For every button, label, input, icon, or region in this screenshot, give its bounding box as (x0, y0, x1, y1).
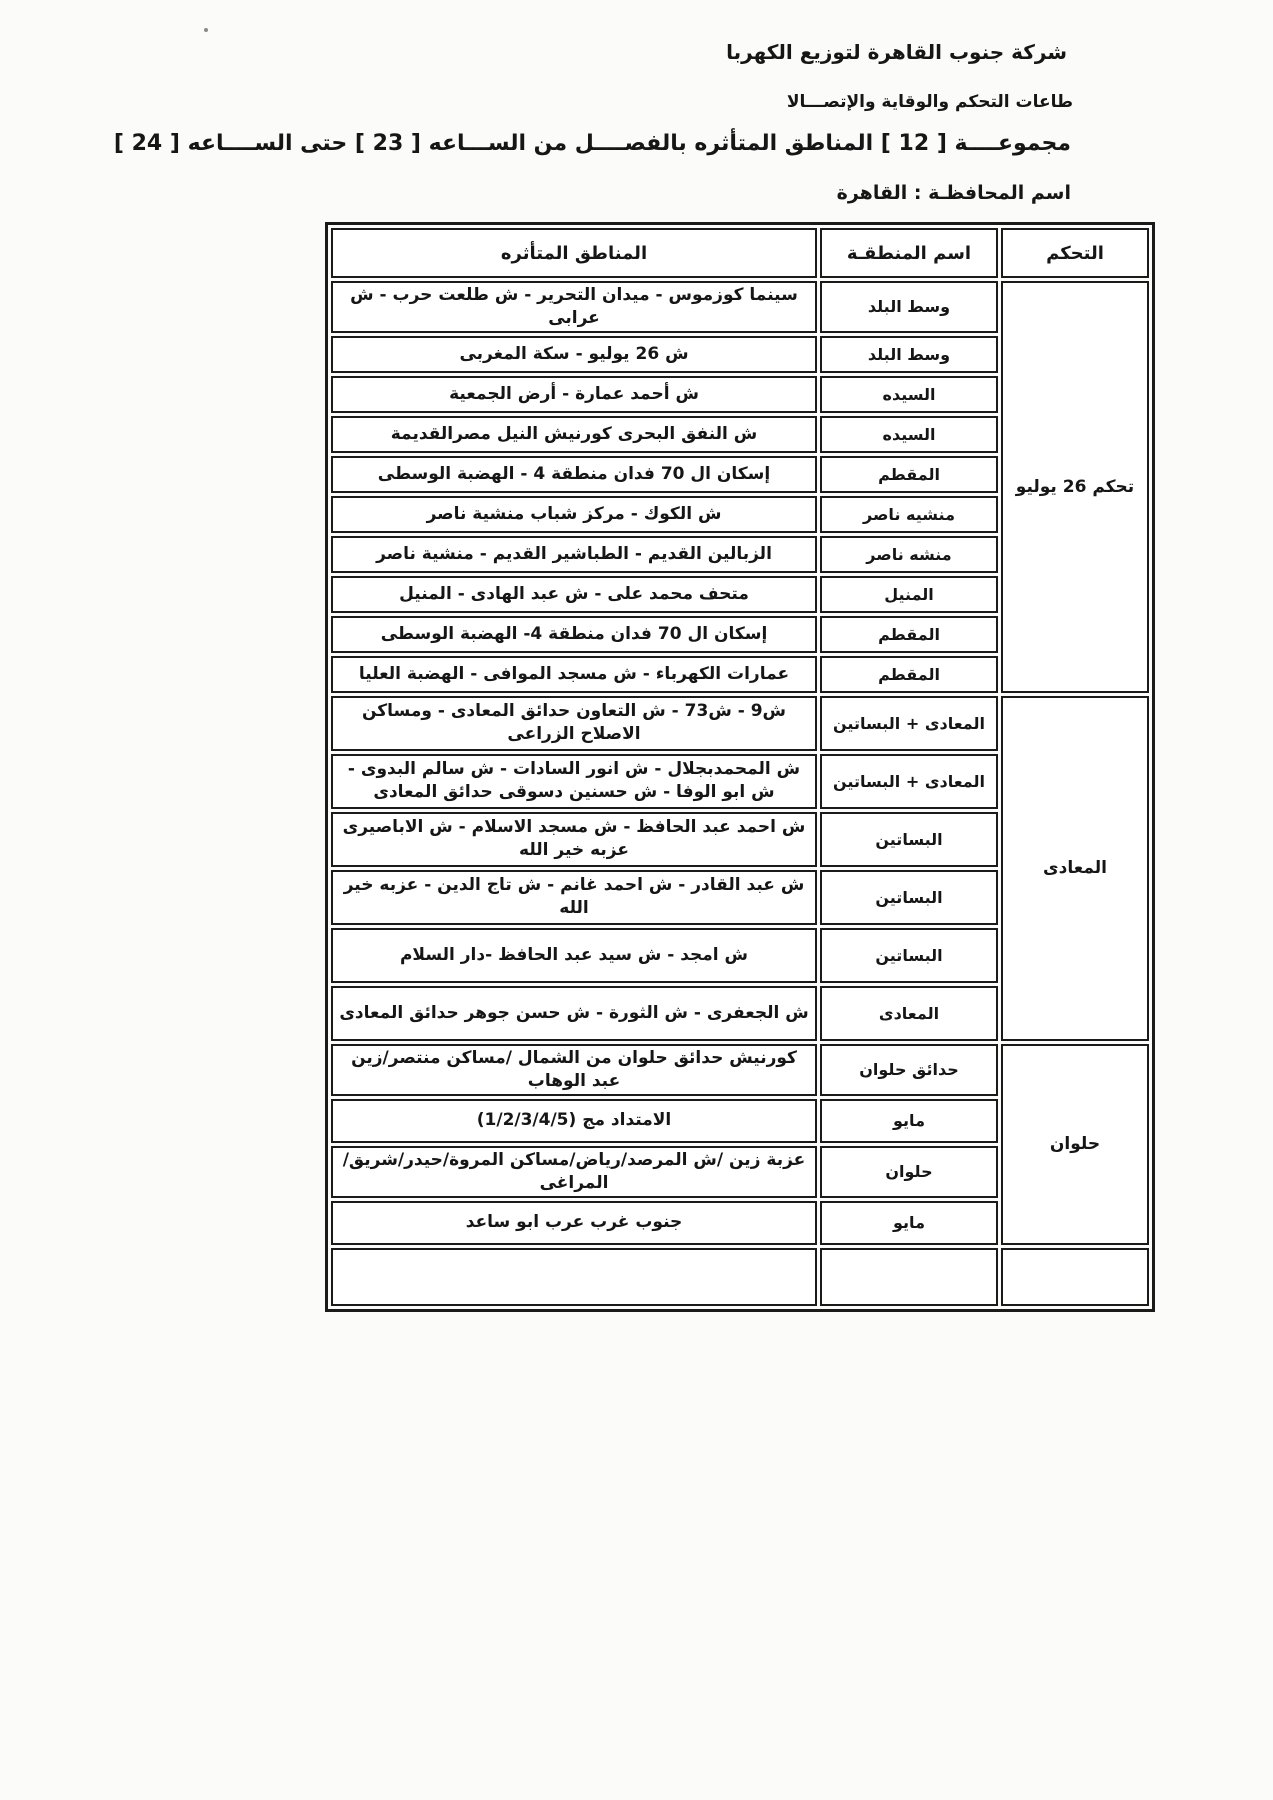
area-cell: حدائق حلوان (820, 1044, 998, 1096)
area-cell: المعادى (820, 986, 998, 1041)
affected-cell: عزبة زين /ش المرصد/رياض/مساكن المروة/حيد… (331, 1146, 817, 1198)
header-cell-affected-areas: المناطق المتأثره (331, 228, 817, 278)
area-cell: المعادى + البساتين (820, 696, 998, 751)
affected-cell: ش 26 يوليو - سكة المغربى (331, 336, 817, 373)
empty-area-cell (820, 1248, 998, 1306)
area-cell: مايو (820, 1099, 998, 1143)
area-cell: وسط البلد (820, 281, 998, 333)
department-name: طاعات التحكم والوقاية والإتصـــالا (787, 92, 1073, 112)
area-cell: منشيه ناصر (820, 496, 998, 533)
affected-cell: ش عبد القادر - ش احمد غانم - ش تاج الدين… (331, 870, 817, 925)
affected-cell: ش الجعفرى - ش الثورة - ش حسن جوهر حدائق … (331, 986, 817, 1041)
affected-cell: ش امجد - ش سيد عبد الحافظ -دار السلام (331, 928, 817, 983)
document-title: مجموعــــة [ 12 ] المناطق المتأثره بالفص… (114, 131, 1071, 156)
scanned-document-page: شركة جنوب القاهرة لتوزيع الكهربا طاعات ا… (0, 0, 1273, 1800)
company-name: شركة جنوب القاهرة لتوزيع الكهربا (726, 40, 1067, 64)
area-cell: المقطم (820, 456, 998, 493)
table-row: المعادى المعادى + البساتين ش9 - ش73 - ش … (331, 696, 1149, 751)
area-cell: منشه ناصر (820, 536, 998, 573)
header-cell-area-name: اسم المنطقـة (820, 228, 998, 278)
table-row: حلوان حدائق حلوان كورنيش حدائق حلوان من … (331, 1044, 1149, 1096)
area-cell: البساتين (820, 812, 998, 867)
affected-cell: ش النفق البحرى كورنيش النيل مصرالقديمة (331, 416, 817, 453)
area-cell: حلوان (820, 1146, 998, 1198)
area-cell: السيده (820, 416, 998, 453)
affected-cell: ش احمد عبد الحافظ - ش مسجد الاسلام - ش ا… (331, 812, 817, 867)
area-cell: البساتين (820, 928, 998, 983)
affected-cell: كورنيش حدائق حلوان من الشمال /مساكن منتص… (331, 1044, 817, 1096)
control-group-cell: تحكم 26 يوليو (1001, 281, 1149, 693)
affected-cell: ش9 - ش73 - ش التعاون حدائق المعادى - ومس… (331, 696, 817, 751)
affected-cell: جنوب غرب عرب ابو ساعد (331, 1201, 817, 1245)
control-group-cell: حلوان (1001, 1044, 1149, 1245)
affected-cell: عمارات الكهرباء - ش مسجد الموافى - الهضب… (331, 656, 817, 693)
affected-cell: ش أحمد عمارة - أرض الجمعية (331, 376, 817, 413)
table-header-row: التحكم اسم المنطقـة المناطق المتأثره (331, 228, 1149, 278)
table-row: تحكم 26 يوليو وسط البلد سينما كوزموس - م… (331, 281, 1149, 333)
affected-cell: الامتداد مج (1/2/3/4/5) (331, 1099, 817, 1143)
affected-cell: الزبالين القديم - الطباشير القديم - منشي… (331, 536, 817, 573)
area-cell: البساتين (820, 870, 998, 925)
affected-cell: متحف محمد على - ش عبد الهادى - المنيل (331, 576, 817, 613)
affected-areas-table: التحكم اسم المنطقـة المناطق المتأثره تحك… (325, 222, 1155, 1312)
affected-cell: ش الكوك - مركز شباب منشية ناصر (331, 496, 817, 533)
governorate-label: اسم المحافظـة : القاهرة (837, 182, 1071, 204)
area-cell: المنيل (820, 576, 998, 613)
area-cell: المقطم (820, 656, 998, 693)
control-group-cell: المعادى (1001, 696, 1149, 1041)
affected-cell: سينما كوزموس - ميدان التحرير - ش طلعت حر… (331, 281, 817, 333)
area-cell: السيده (820, 376, 998, 413)
area-cell: المقطم (820, 616, 998, 653)
area-cell: المعادى + البساتين (820, 754, 998, 809)
scan-artifact-dot (204, 28, 208, 32)
affected-cell: ش المحمدبجلال - ش انور السادات - ش سالم … (331, 754, 817, 809)
header-cell-control: التحكم (1001, 228, 1149, 278)
empty-control-cell (1001, 1248, 1149, 1306)
area-cell: وسط البلد (820, 336, 998, 373)
affected-cell: إسكان ال 70 فدان منطقة 4- الهضبة الوسطى (331, 616, 817, 653)
affected-cell: إسكان ال 70 فدان منطقة 4 - الهضبة الوسطى (331, 456, 817, 493)
table-empty-row (331, 1248, 1149, 1306)
area-cell: مايو (820, 1201, 998, 1245)
empty-affected-cell (331, 1248, 817, 1306)
